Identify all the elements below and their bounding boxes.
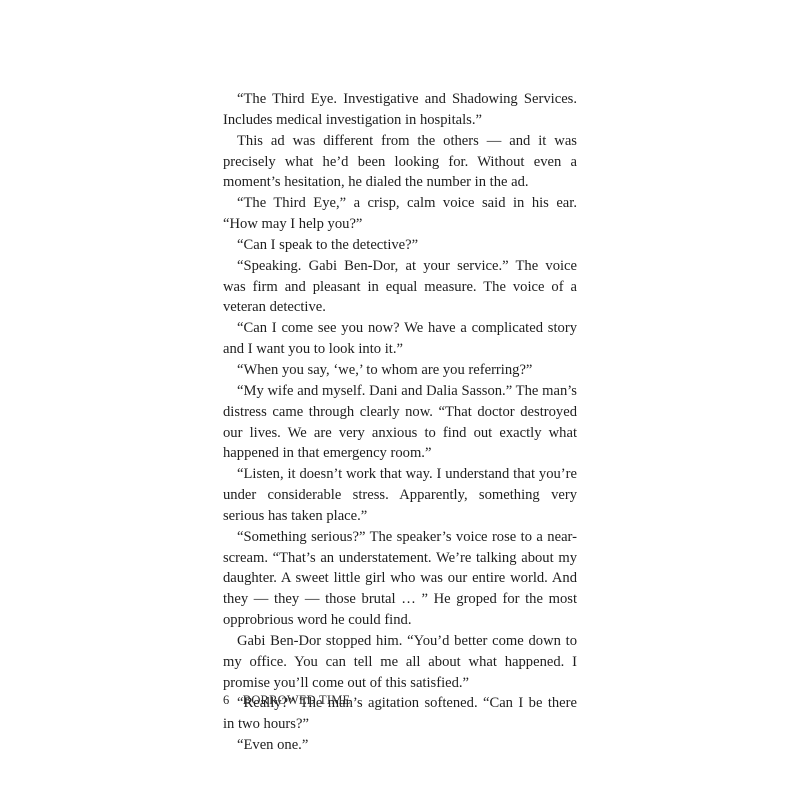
paragraph: “Speaking. Gabi Ben-Dor, at your service…	[223, 256, 577, 319]
paragraph: “Even one.”	[223, 735, 577, 756]
running-title: BORROWED TIME	[243, 693, 351, 707]
paragraph: “When you say, ‘we,’ to whom are you ref…	[223, 360, 577, 381]
page-number: 6	[223, 693, 229, 707]
paragraph: “Listen, it doesn’t work that way. I und…	[223, 464, 577, 527]
paragraph: “Can I come see you now? We have a compl…	[223, 318, 577, 360]
paragraph: “The Third Eye,” a crisp, calm voice sai…	[223, 193, 577, 235]
paragraph: “The Third Eye. Investigative and Shadow…	[223, 89, 577, 131]
paragraph: “My wife and myself. Dani and Dalia Sass…	[223, 381, 577, 464]
paragraph: This ad was different from the others — …	[223, 131, 577, 194]
page-footer: 6 BORROWED TIME	[223, 693, 350, 708]
paragraph: Gabi Ben-Dor stopped him. “You’d better …	[223, 631, 577, 694]
paragraph: “Can I speak to the detective?”	[223, 235, 577, 256]
page-body: “The Third Eye. Investigative and Shadow…	[223, 89, 577, 756]
paragraph: “Something serious?” The speaker’s voice…	[223, 527, 577, 631]
